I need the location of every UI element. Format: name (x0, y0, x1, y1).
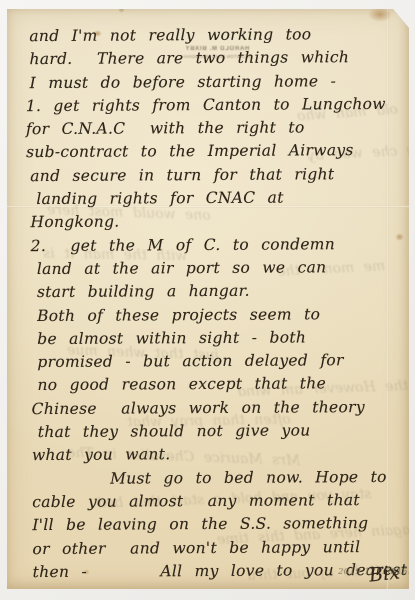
letter-line: no good reason except that the (7, 372, 409, 398)
letter-line: sub-contract to the Imperial Airways (6, 139, 408, 165)
letter-line: landing rights for CNAC at (6, 186, 408, 212)
letter-line: or other and won't be happy until (8, 535, 410, 561)
letter-line: Both of these projects seem to (7, 302, 409, 328)
letter-line: and I'm not really working too (5, 23, 407, 49)
letter-line: land at the air port so we can (7, 256, 409, 282)
letter-line: 1. get rights from Canton to Lungchow (6, 93, 408, 119)
letter-page: HAROLD M. BIXBY 4 CANTON ROAD, SHANGHAI … (7, 9, 409, 589)
letter-body: and I'm not really working too hard. The… (5, 23, 410, 585)
letter-line: I'll be leaving on the S.S. something (8, 512, 410, 538)
letter-line: cable you almost any moment that (8, 489, 410, 515)
letter-line: hard. There are two things which (5, 46, 407, 72)
letter-line: for C.N.A.C with the right to (6, 116, 408, 142)
letter-line: I must do before starting home - (6, 69, 408, 95)
letter-line: Hongkong. (6, 209, 408, 235)
letter-line: that they should not give you (8, 419, 410, 445)
letter-line: promised - but action delayed for (7, 349, 409, 375)
letter-line: start building a hangar. (7, 279, 409, 305)
letter-line: what you want. (8, 442, 410, 468)
signature: Bix (368, 561, 401, 586)
letter-line: Must go to bed now. Hope to (8, 465, 410, 491)
letter-line: and secure in turn for that right (6, 163, 408, 189)
letter-line: 2. get the M of C. to condemn (7, 232, 409, 258)
letter-line: be almost within sight - both (7, 326, 409, 352)
letter-line: Chinese always work on the theory (8, 396, 410, 422)
